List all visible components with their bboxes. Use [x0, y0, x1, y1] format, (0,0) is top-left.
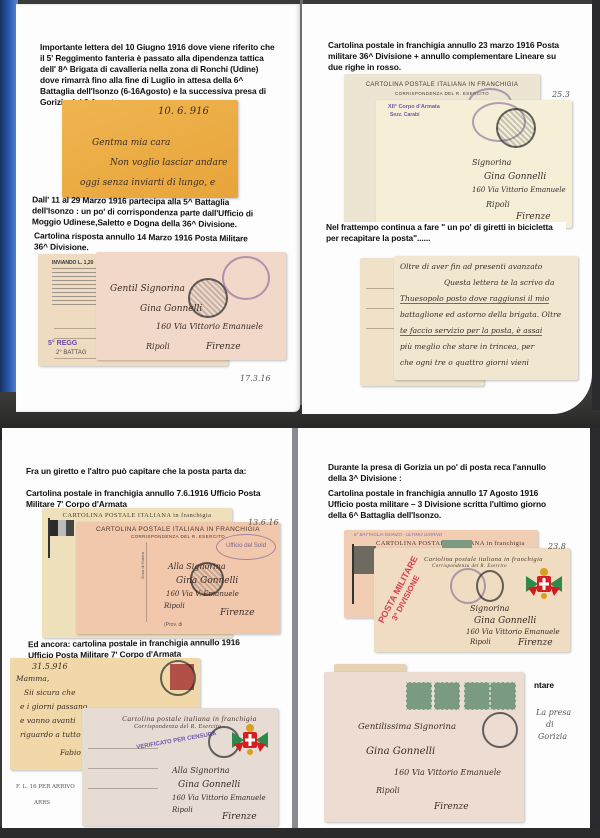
ruled-line — [366, 288, 396, 289]
address-line: 160 Via Vittorio Emanuele — [172, 794, 266, 802]
right-edge-top — [592, 0, 600, 410]
address-line: Gina Gonnelli — [140, 304, 202, 314]
flag-icon — [50, 520, 74, 536]
address-line: Firenze — [434, 802, 469, 812]
address-line: Firenze — [222, 812, 257, 822]
album-page-top-right: Cartolina postale in franchigia annullo … — [302, 4, 592, 414]
letter-date: 10. 6. 916 — [158, 106, 209, 117]
postcard-line: e i giorni passano — [20, 702, 87, 711]
pencil-note: ARRS — [34, 800, 50, 806]
postcard-line: Fabio — [60, 748, 81, 757]
postage-stamp-green — [406, 682, 432, 710]
franchigia-card-front[interactable]: CARTOLINA POSTALE ITALIANA IN FRANCHIGIA… — [76, 522, 280, 634]
war-zone-label: Zona di Guerra — [140, 552, 145, 579]
pencil-date-note: 13.6.16 — [248, 518, 279, 527]
address-line: Signorina — [472, 158, 511, 167]
letter-line: battaglione ed astorno della brigata. Ol… — [400, 310, 561, 319]
envelope-gorizia[interactable]: Gentilissima Signorina Gina Gonnelli 160… — [324, 672, 524, 822]
address-line: 160 Via V. Emanuele — [166, 590, 239, 598]
savoy-crest-icon — [524, 566, 564, 602]
caption-partial: ntare — [534, 680, 554, 691]
caption-presa-gorizia: Durante la presa di Gorizia un po' di po… — [328, 462, 550, 484]
address-line: Gina Gonnelli — [178, 780, 240, 790]
postmark — [476, 570, 504, 602]
address-line: Ripoli — [146, 342, 170, 351]
pencil-date-note: 17.3.16 — [240, 374, 271, 383]
address-line: Firenze — [518, 638, 553, 648]
address-line: Firenze — [206, 342, 241, 352]
postcard-date: 31.5.916 — [32, 662, 68, 671]
pencil-date-note: 25.3 — [552, 90, 570, 99]
caption-giretti-bicicletta: Nel frattempo continua a fare " un po' d… — [326, 222, 566, 244]
right-edge — [590, 428, 600, 828]
address-line: Signorina — [470, 604, 509, 613]
pencil-date-note: 23.8 — [548, 542, 566, 551]
card-header: CARTOLINA POSTALE ITALIANA in franchigia — [42, 512, 232, 519]
franchigia-card-front[interactable]: XII° Corpo d'Armata Sezz. Carabi Signori… — [376, 100, 572, 228]
address-line: 160 Via Vittorio Emanuele — [466, 628, 560, 636]
postmark — [482, 712, 518, 748]
card-subheader: CORRISPONDENZA DEL R. ESERCITO — [344, 91, 540, 96]
side-note: di — [546, 720, 554, 729]
province-label: (Prov. di — [164, 622, 182, 628]
postcard-line: e vanno avanti — [20, 716, 76, 725]
military-cancel-stamp — [222, 256, 270, 300]
battalion-stamp: 2° BATTAG — [56, 350, 87, 356]
card-header: CARTOLINA POSTALE ITALIANA IN FRANCHIGIA — [344, 82, 540, 88]
pencil-note: F. L. 16 PER ARRIVO — [16, 784, 75, 790]
address-line: Firenze — [220, 608, 255, 618]
letter-front[interactable]: Oltre di aver fin ad presenti avanzato Q… — [394, 256, 578, 380]
address-line: Gina Gonnelli — [474, 616, 536, 626]
album-page-top-left: Importante lettera del 10 Giugno 1916 do… — [16, 4, 300, 412]
album-page-bottom-left: Fra un giretto e l'altro può capitare ch… — [2, 428, 292, 828]
side-note: Gorizia — [538, 732, 567, 741]
corps-stamp: XII° Corpo d'Armata — [388, 104, 440, 110]
address-line: 160 Via Vittorio Emanuele — [472, 186, 566, 194]
postmark — [160, 660, 196, 696]
caption-important-letter: Importante lettera del 10 Giugno 1916 do… — [40, 42, 278, 108]
caption-giretto: Fra un giretto e l'altro può capitare ch… — [26, 466, 276, 477]
address-line: Ripoli — [486, 200, 510, 209]
address-line: Gentil Signorina — [110, 284, 185, 294]
ruled-line — [366, 308, 396, 309]
regiment-stamp: 5° REGG — [48, 340, 77, 347]
caption-marzo: Dall' 11 al 29 Marzo 1916 partecipa alla… — [32, 194, 270, 230]
address-line: Gentilissima Signorina — [358, 722, 456, 732]
office-stamp: Ufficio del Sold — [216, 534, 276, 560]
address-line: Gina Gonnelli — [366, 746, 435, 757]
printed-text-block — [52, 268, 100, 308]
franchigia-card-censored[interactable]: Cartolina postale italiana in franchigia… — [82, 708, 278, 826]
letter-yellow[interactable]: 10. 6. 916 Gentma mia cara Non voglio la… — [62, 100, 238, 198]
address-line: Ripoli — [470, 638, 491, 646]
savoy-crest-icon — [230, 722, 270, 758]
ruled-line — [88, 748, 158, 749]
franchigia-card-front[interactable]: Cartolina postale italiana in franchigia… — [374, 548, 570, 652]
address-line: Gina Gonnelli — [484, 172, 546, 182]
address-line: Alla Signorina — [172, 766, 230, 775]
letter-line: più meglio che stare in trincea, per — [400, 342, 534, 351]
ruled-line — [88, 788, 158, 789]
address-line: Ripoli — [376, 786, 400, 795]
postage-stamp-green — [442, 540, 472, 548]
postcard-line: Mamma, — [16, 674, 49, 683]
divider-line — [146, 542, 147, 622]
ruled-line — [366, 328, 396, 329]
postcard-line: Sii sicura che — [24, 688, 76, 697]
envelope-pink[interactable]: Gentil Signorina Gina Gonnelli 160 Via V… — [96, 252, 286, 360]
album-page-bottom-right: Durante la presa di Gorizia un po' di po… — [298, 428, 590, 828]
letter-line: Gentma mia cara — [92, 138, 170, 148]
postcard-line: riguardo a tutto — [20, 730, 81, 739]
address-line: 160 Via Vittorio Emanuele — [156, 322, 263, 331]
address-line: Ripoli — [172, 806, 193, 814]
postage-stamp-green — [490, 682, 516, 710]
letter-line: Thuesopolo posto dove raggiunsi il mio — [400, 294, 549, 304]
caption-cartolina-23-marzo: Cartolina postale in franchigia annullo … — [328, 40, 560, 73]
postmark — [496, 108, 536, 148]
handwritten-note: 6° BATTAGLIA ISONZO - ULTIMO GIORNO — [354, 532, 442, 537]
postage-stamp-green — [434, 682, 460, 710]
address-line: Alla Signorina — [168, 562, 226, 571]
address-line: 160 Via Vittorio Emanuele — [394, 768, 501, 777]
card-header: CARTOLINA POSTALE ITALIANA IN FRANCHIGIA — [76, 526, 280, 533]
reply-card-header: INVIANDO L. 1,20 — [52, 260, 93, 266]
section-stamp: Sezz. Carabi — [390, 112, 419, 118]
side-note: La presa — [536, 708, 571, 717]
postage-stamp-green — [464, 682, 490, 710]
letter-line: oggi senza inviarti di lungo, e — [80, 178, 215, 188]
address-line: Firenze — [516, 212, 551, 222]
caption-17-agosto: Cartolina postale in franchigia annullo … — [328, 488, 552, 521]
flag-icon — [354, 546, 376, 574]
ruled-line — [88, 768, 158, 769]
letter-line: te faccio servizio per la posta, è assai — [400, 326, 542, 336]
letter-line: Questa lettera te la scrivo da — [444, 278, 554, 287]
address-line: Ripoli — [164, 602, 185, 610]
letter-line: Oltre di aver fin ad presenti avanzato — [400, 262, 542, 271]
caption-7-6-1916: Cartolina postale in franchigia annullo … — [26, 488, 262, 510]
letter-line: che ogni tre o quattro giorni vieni — [400, 358, 529, 367]
address-line: Gina Gonnelli — [176, 576, 238, 586]
letter-line: Non voglio lasciar andare — [110, 158, 227, 168]
card-header: Cartolina postale italiana in franchigia — [374, 556, 570, 563]
